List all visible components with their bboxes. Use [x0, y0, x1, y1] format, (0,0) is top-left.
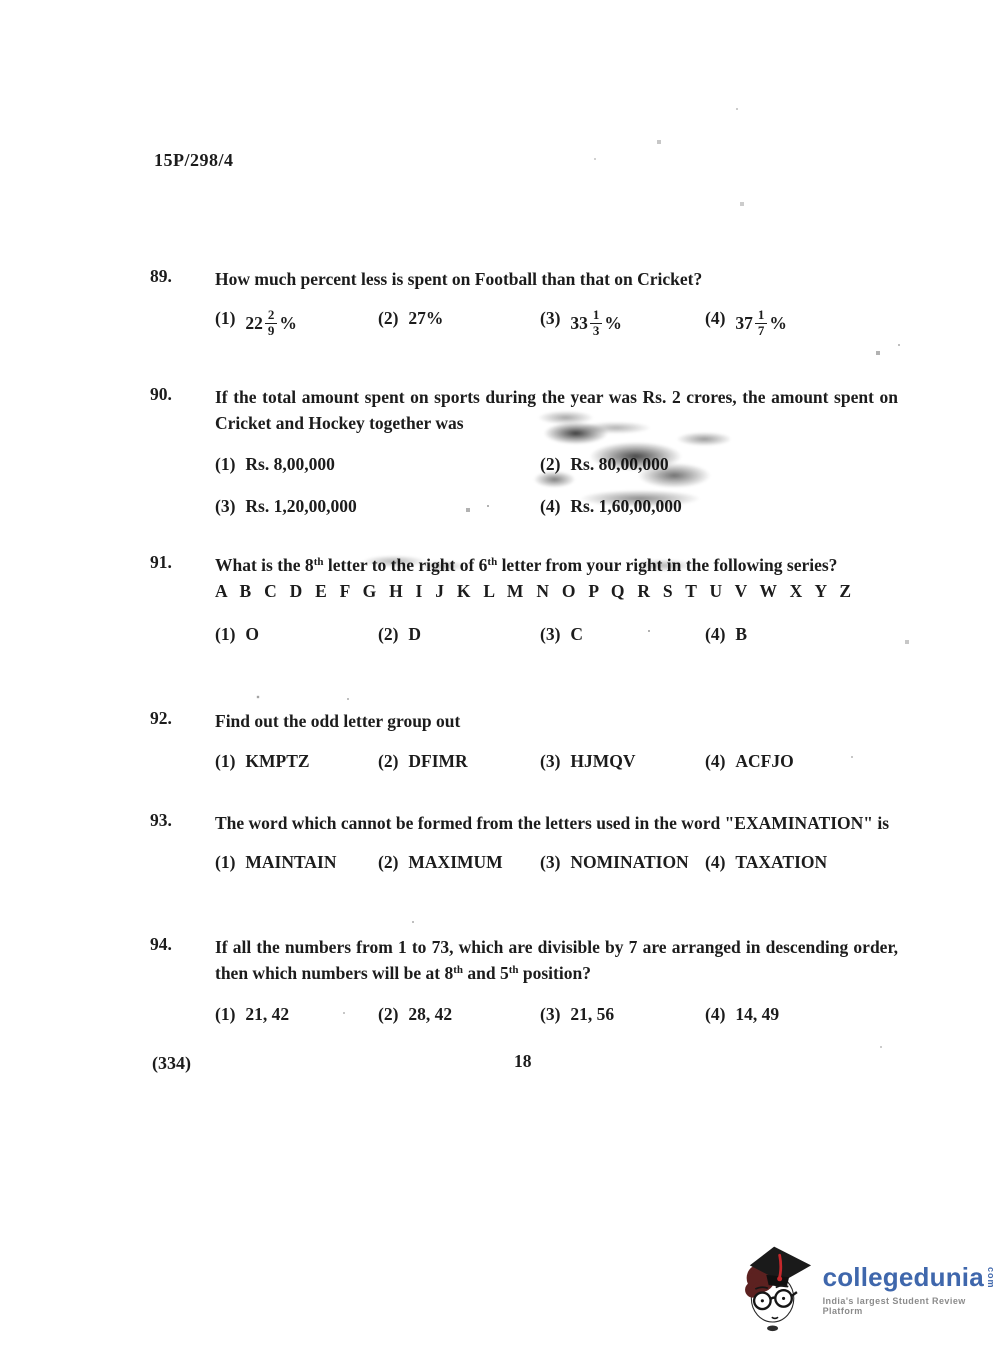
- option-label: (2): [540, 454, 560, 475]
- fraction: 13: [590, 308, 603, 339]
- superscript: th: [453, 964, 463, 976]
- q93-options: (1) MAINTAIN (2) MAXIMUM (3) NOMINATION …: [215, 852, 898, 873]
- q91-options: (1) O (2) D (3) C (4) B: [215, 624, 898, 645]
- option-2: (2) D: [378, 624, 540, 645]
- option-value: Rs. 1,60,00,000: [570, 496, 681, 517]
- option-2: (2) DFIMR: [378, 751, 540, 772]
- option-value: HJMQV: [570, 751, 635, 772]
- fraction-denominator: 7: [755, 324, 768, 339]
- option-label: (4): [705, 308, 725, 329]
- option-value: 14, 49: [735, 1004, 779, 1025]
- option-label: (3): [215, 496, 235, 517]
- question-text: If the total amount spent on sports duri…: [215, 384, 898, 436]
- option-label: (3): [540, 1004, 560, 1025]
- option-label: (4): [705, 624, 725, 645]
- option-value: 21, 56: [570, 1004, 614, 1025]
- page-number: 18: [514, 1051, 532, 1072]
- option-4: (4) TAXATION: [705, 852, 898, 873]
- superscript: th: [487, 556, 497, 568]
- text-part: and 5: [463, 963, 509, 983]
- booklet-code: (334): [152, 1053, 191, 1074]
- q92-options: (1) KMPTZ (2) DFIMR (3) HJMQV (4) ACFJO: [215, 751, 898, 772]
- collegedunia-mascot-icon: [738, 1242, 817, 1336]
- question-number: 93.: [150, 810, 215, 836]
- option-label: (2): [378, 1004, 398, 1025]
- option-value: Rs. 1,20,00,000: [245, 496, 356, 517]
- option-1: (1) Rs. 8,00,000: [215, 454, 540, 475]
- text-part: letter from your right in the following …: [497, 555, 837, 575]
- option-3: (3) 3313%: [540, 308, 705, 339]
- question-94: 94. If all the numbers from 1 to 73, whi…: [150, 934, 898, 1025]
- q94-options: (1) 21, 42 (2) 28, 42 (3) 21, 56 (4) 14,…: [215, 1004, 898, 1025]
- fraction-numerator: 1: [755, 308, 768, 324]
- question-91: 91. What is the 8th letter to the right …: [150, 552, 898, 645]
- option-value: C: [570, 624, 583, 645]
- option-value: 3313%: [570, 308, 622, 339]
- option-value: TAXATION: [735, 852, 827, 873]
- option-label: (2): [378, 751, 398, 772]
- question-text: If all the numbers from 1 to 73, which a…: [215, 934, 898, 986]
- q89-options: (1) 2229% (2) 27% (3) 3313% (4) 3717%: [215, 308, 898, 339]
- option-label: (4): [705, 751, 725, 772]
- option-value: 21, 42: [245, 1004, 289, 1025]
- option-value: O: [245, 624, 259, 645]
- fraction-suffix: %: [604, 313, 622, 334]
- logo-text: collegedunia com India's largest Student…: [823, 1262, 1001, 1316]
- fraction-whole: 33: [570, 313, 588, 334]
- option-3: (3) 21, 56: [540, 1004, 705, 1025]
- option-label: (2): [378, 624, 398, 645]
- fraction-numerator: 2: [265, 308, 278, 324]
- option-3: (3) NOMINATION: [540, 852, 705, 873]
- fraction-whole: 37: [735, 313, 753, 334]
- option-label: (3): [540, 852, 560, 873]
- fraction: 29: [265, 308, 278, 339]
- fraction-whole: 22: [245, 313, 263, 334]
- option-4: (4) 14, 49: [705, 1004, 898, 1025]
- option-value: D: [408, 624, 421, 645]
- option-4: (4) Rs. 1,60,00,000: [540, 496, 898, 517]
- option-label: (1): [215, 1004, 235, 1025]
- option-value: B: [735, 624, 747, 645]
- text-part: What is the 8: [215, 555, 314, 575]
- option-value: 2229%: [245, 308, 297, 339]
- option-label: (2): [378, 852, 398, 873]
- option-3: (3) HJMQV: [540, 751, 705, 772]
- option-value: ACFJO: [735, 751, 793, 772]
- option-value: Rs. 8,00,000: [245, 454, 334, 475]
- option-3: (3) Rs. 1,20,00,000: [215, 496, 540, 517]
- superscript: th: [509, 964, 519, 976]
- option-4: (4) ACFJO: [705, 751, 898, 772]
- question-number: 89.: [150, 266, 215, 292]
- question-number: 91.: [150, 552, 215, 578]
- question-93: 93. The word which cannot be formed from…: [150, 810, 898, 873]
- option-label: (1): [215, 454, 235, 475]
- option-label: (3): [540, 751, 560, 772]
- option-value: MAINTAIN: [245, 852, 336, 873]
- paper-code: 15P/298/4: [154, 150, 234, 171]
- option-4: (4) B: [705, 624, 898, 645]
- text-part: position?: [519, 963, 591, 983]
- fraction: 17: [755, 308, 768, 339]
- fraction-suffix: %: [279, 313, 297, 334]
- option-value: DFIMR: [408, 751, 467, 772]
- option-2: (2) 28, 42: [378, 1004, 540, 1025]
- option-4: (4) 3717%: [705, 308, 898, 339]
- option-1: (1) KMPTZ: [215, 751, 378, 772]
- option-label: (1): [215, 751, 235, 772]
- option-1: (1) MAINTAIN: [215, 852, 378, 873]
- question-number: 94.: [150, 934, 215, 986]
- option-label: (4): [705, 1004, 725, 1025]
- option-1: (1) O: [215, 624, 378, 645]
- option-2: (2) MAXIMUM: [378, 852, 540, 873]
- option-1: (1) 2229%: [215, 308, 378, 339]
- option-label: (1): [215, 624, 235, 645]
- fraction-denominator: 9: [265, 324, 278, 339]
- option-2-obscured: (2) Rs. 80,00,000: [540, 454, 898, 475]
- option-label: (4): [540, 496, 560, 517]
- collegedunia-logo: collegedunia com India's largest Student…: [738, 1242, 1001, 1336]
- question-text: Find out the odd letter group out: [215, 708, 898, 734]
- fraction-suffix: %: [769, 313, 787, 334]
- fraction-numerator: 1: [590, 308, 603, 324]
- question-90: 90. If the total amount spent on sports …: [150, 384, 898, 517]
- question-92: 92. Find out the odd letter group out (1…: [150, 708, 898, 772]
- option-value: KMPTZ: [245, 751, 309, 772]
- question-text: How much percent less is spent on Footba…: [215, 266, 898, 292]
- option-label: (1): [215, 852, 235, 873]
- option-label: (4): [705, 852, 725, 873]
- question-89: 89. How much percent less is spent on Fo…: [150, 266, 898, 339]
- option-label: (2): [378, 308, 398, 329]
- option-value: Rs. 80,00,000: [570, 454, 668, 475]
- text-part: letter to the right of 6: [323, 555, 487, 575]
- option-1: (1) 21, 42: [215, 1004, 378, 1025]
- option-2: (2) 27%: [378, 308, 540, 339]
- option-value: 28, 42: [408, 1004, 452, 1025]
- brand-name: collegedunia: [823, 1262, 984, 1293]
- question-text: The word which cannot be formed from the…: [215, 810, 898, 836]
- brand-domain: com: [986, 1267, 996, 1289]
- scan-noise: [0, 0, 2, 2]
- superscript: th: [314, 556, 324, 568]
- letter-series: A B C D E F G H I J K L M N O P Q R S T …: [215, 578, 898, 604]
- option-label: (1): [215, 308, 235, 329]
- question-number: 90.: [150, 384, 215, 436]
- option-label: (3): [540, 624, 560, 645]
- option-3: (3) C: [540, 624, 705, 645]
- option-value: MAXIMUM: [408, 852, 502, 873]
- question-text: What is the 8th letter to the right of 6…: [215, 552, 898, 578]
- option-label: (3): [540, 308, 560, 329]
- option-value: 3717%: [735, 308, 787, 339]
- q90-options: (1) Rs. 8,00,000 (2) Rs. 80,00,000 (3) R…: [215, 454, 898, 517]
- question-number: 92.: [150, 708, 215, 734]
- option-value: 27%: [408, 308, 443, 329]
- brand-tagline: India's largest Student Review Platform: [823, 1296, 1001, 1316]
- fraction-denominator: 3: [590, 324, 603, 339]
- option-value: NOMINATION: [570, 852, 688, 873]
